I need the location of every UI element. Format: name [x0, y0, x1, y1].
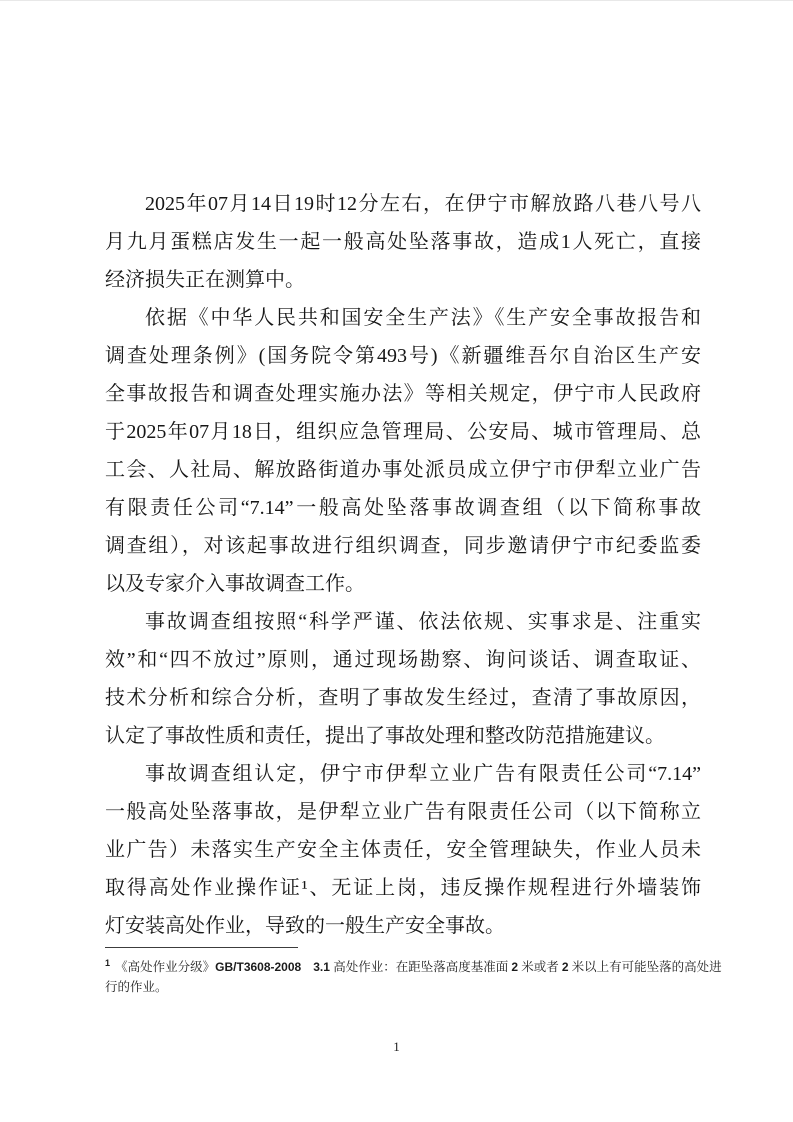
footnote-segment: 3.1	[301, 960, 333, 974]
footnote-text: 1 《高处作业分级》GB/T3608-2008 3.1 高处作业：在距坠落高度基…	[105, 953, 710, 997]
text-line: 于2025年07月18日，组织应急管理局、公安局、城市管理局、总	[105, 413, 701, 451]
footnote-separator	[105, 947, 298, 948]
footnote-segment: 行的作业。	[105, 980, 168, 994]
text-line: 经济损失正在测算中。	[105, 261, 701, 299]
body-paragraph: 2025年07月14日19时12分左右，在伊宁市解放路八巷八号八月九月蛋糕店发生…	[105, 185, 701, 299]
text-line: 以及专家介入事故调查工作。	[105, 565, 701, 603]
text-line: 事故调查组按照“科学严谨、依法依规、实事求是、注重实	[105, 603, 701, 641]
document-body: 2025年07月14日19时12分左右，在伊宁市解放路八巷八号八月九月蛋糕店发生…	[105, 185, 701, 945]
text-line: 事故调查组认定，伊宁市伊犁立业广告有限责任公司“7.14”	[105, 755, 701, 793]
body-paragraph: 依据《中华人民共和国安全生产法》《生产安全事故报告和调查处理条例》(国务院令第4…	[105, 299, 701, 603]
text-line: 认定了事故性质和责任，提出了事故处理和整改防范措施建议。	[105, 717, 701, 755]
text-line: 调查处理条例》(国务院令第493号)《新疆维吾尔自治区生产安	[105, 337, 701, 375]
footnote-segment: 高处作业：在距坠落高度基准面	[333, 960, 511, 974]
body-paragraph: 事故调查组认定，伊宁市伊犁立业广告有限责任公司“7.14”一般高处坠落事故，是伊…	[105, 755, 701, 945]
text-line: 效”和“四不放过”原则，通过现场勘察、询问谈话、调查取证、	[105, 641, 701, 679]
text-line: 技术分析和综合分析，查明了事故发生经过，查清了事故原因，	[105, 679, 701, 717]
body-paragraph: 事故调查组按照“科学严谨、依法依规、实事求是、注重实效”和“四不放过”原则，通过…	[105, 603, 701, 755]
footnote-marker: 1	[105, 958, 110, 968]
text-line: 有限责任公司“7.14”一般高处坠落事故调查组（以下简称事故	[105, 489, 701, 527]
text-line: 依据《中华人民共和国安全生产法》《生产安全事故报告和	[105, 299, 701, 337]
text-line: 2025年07月14日19时12分左右，在伊宁市解放路八巷八号八	[105, 185, 701, 223]
footnote-line: 行的作业。	[105, 977, 710, 997]
footnote-segment: 米或者	[518, 960, 562, 974]
footnote-segment: 米以上有可能坠落的高处进	[569, 960, 722, 974]
document-page: 2025年07月14日19时12分左右，在伊宁市解放路八巷八号八月九月蛋糕店发生…	[0, 0, 793, 1122]
footnote-segment: GB/T3608-2008	[215, 960, 301, 974]
text-line: 调查组），对该起事故进行组织调查，同步邀请伊宁市纪委监委	[105, 527, 701, 565]
footnote: 1 《高处作业分级》GB/T3608-2008 3.1 高处作业：在距坠落高度基…	[105, 947, 710, 997]
text-line: 工会、人社局、解放路街道办事处派员成立伊宁市伊犁立业广告	[105, 451, 701, 489]
text-line: 月九月蛋糕店发生一起一般高处坠落事故，造成1人死亡，直接	[105, 223, 701, 261]
footnote-segment: 《高处作业分级》	[112, 960, 215, 974]
text-line: 取得高处作业操作证¹、无证上岗，违反操作规程进行外墙装饰	[105, 869, 701, 907]
footnote-segment: 2	[562, 960, 569, 974]
text-line: 全事故报告和调查处理实施办法》等相关规定，伊宁市人民政府	[105, 375, 701, 413]
page-number: 1	[0, 1039, 793, 1055]
text-line: 业广告）未落实生产安全主体责任，安全管理缺失，作业人员未	[105, 831, 701, 869]
text-line: 灯安装高处作业，导致的一般生产安全事故。	[105, 907, 701, 945]
text-line: 一般高处坠落事故，是伊犁立业广告有限责任公司（以下简称立	[105, 793, 701, 831]
footnote-line: 1 《高处作业分级》GB/T3608-2008 3.1 高处作业：在距坠落高度基…	[105, 953, 710, 977]
